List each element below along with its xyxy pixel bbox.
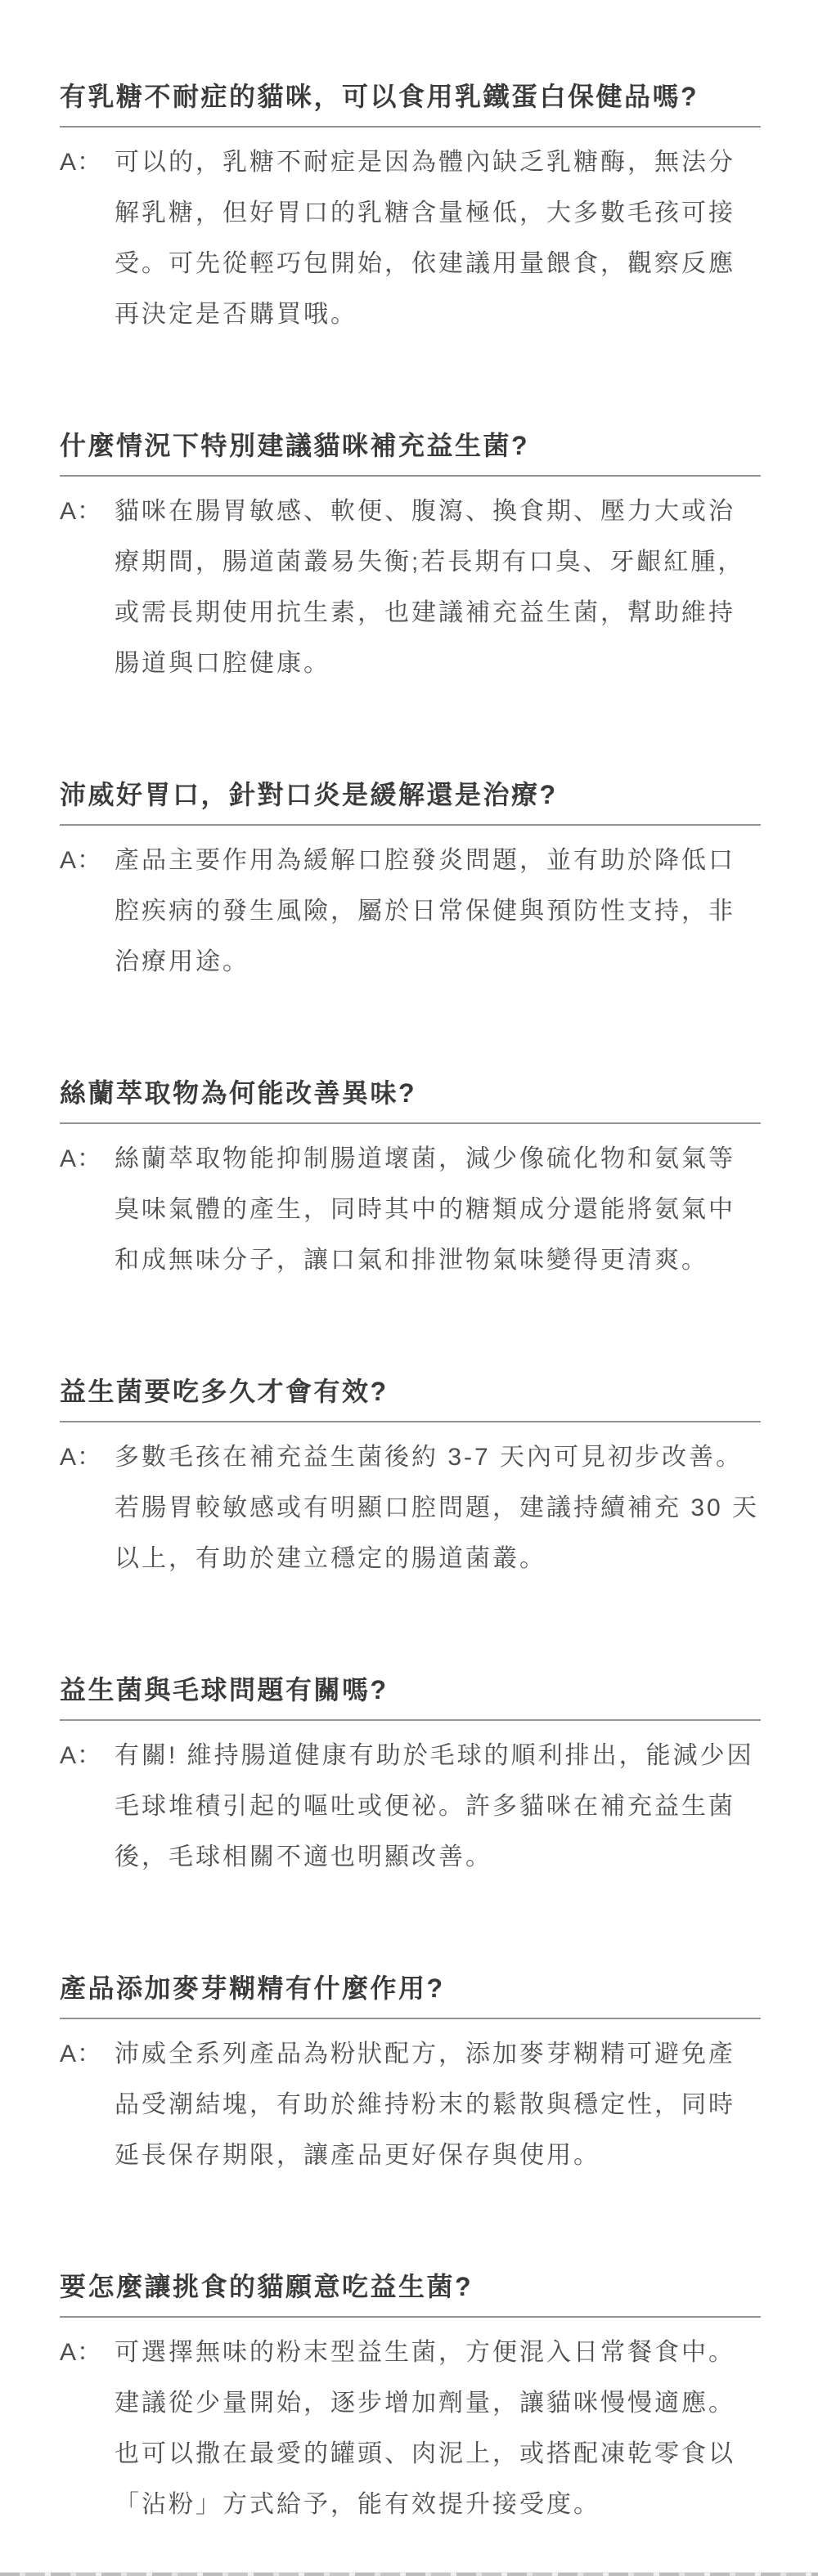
faq-answer-text: 絲蘭萃取物能抑制腸道壞菌，減少像硫化物和氨氣等臭味氣體的產生，同時其中的糖類成分… — [115, 1134, 761, 1286]
answer-prefix: A： — [60, 2327, 115, 2378]
faq-question: 絲蘭萃取物為何能改善異味? — [60, 1077, 761, 1109]
divider — [60, 1719, 761, 1721]
faq-answer: A： 產品主要作用為緩解口腔發炎問題，並有助於降低口腔疾病的發生風險，屬於日常保… — [60, 836, 761, 988]
answer-prefix: A： — [60, 1731, 115, 1781]
faq-item-maltodextrin: 產品添加麥芽糊精有什麼作用? A： 沛威全系列產品為粉狀配方，添加麥芽糊精可避免… — [60, 1973, 761, 2181]
faq-page: 有乳糖不耐症的貓咪，可以食用乳鐵蛋白保健品嗎? A： 可以的，乳糖不耐症是因為體… — [0, 0, 818, 2530]
faq-answer-text: 有關! 維持腸道健康有助於毛球的順利排出，能減少因毛球堆積引起的嘔吐或便祕。許多… — [115, 1731, 761, 1883]
divider — [60, 824, 761, 826]
answer-prefix: A： — [60, 2029, 115, 2080]
faq-item-picky-eater: 要怎麼讓挑食的貓願意吃益生菌? A： 可選擇無味的粉末型益生菌，方便混入日常餐食… — [60, 2271, 761, 2530]
divider — [60, 475, 761, 477]
divider — [60, 126, 761, 128]
divider — [60, 2316, 761, 2318]
faq-answer-text: 可以的，乳糖不耐症是因為體內缺乏乳糖酶，無法分解乳糖，但好胃口的乳糖含量極低，大… — [115, 137, 761, 340]
answer-prefix: A： — [60, 1134, 115, 1185]
divider — [60, 1122, 761, 1124]
faq-answer: A： 絲蘭萃取物能抑制腸道壞菌，減少像硫化物和氨氣等臭味氣體的產生，同時其中的糖… — [60, 1134, 761, 1286]
faq-answer: A： 貓咪在腸胃敏感、軟便、腹瀉、換食期、壓力大或治療期間，腸道菌叢易失衡;若長… — [60, 486, 761, 689]
faq-answer: A： 有關! 維持腸道健康有助於毛球的順利排出，能減少因毛球堆積引起的嘔吐或便祕… — [60, 1731, 761, 1883]
faq-item-relief-or-treatment: 沛威好胃口，針對口炎是緩解還是治療? A： 產品主要作用為緩解口腔發炎問題，並有… — [60, 779, 761, 988]
faq-question: 益生菌要吃多久才會有效? — [60, 1376, 761, 1407]
faq-answer-text: 產品主要作用為緩解口腔發炎問題，並有助於降低口腔疾病的發生風險，屬於日常保健與預… — [115, 836, 761, 988]
cropped-next-section-edge — [0, 2572, 818, 2576]
faq-question: 什麼情況下特別建議貓咪補充益生菌? — [60, 430, 761, 461]
faq-question: 益生菌與毛球問題有關嗎? — [60, 1674, 761, 1705]
divider — [60, 2018, 761, 2019]
faq-answer-text: 多數毛孩在補充益生菌後約 3-7 天內可見初步改善。若腸胃較敏感或有明顯口腔問題… — [115, 1432, 761, 1584]
faq-answer: A： 多數毛孩在補充益生菌後約 3-7 天內可見初步改善。若腸胃較敏感或有明顯口… — [60, 1432, 761, 1584]
faq-question: 要怎麼讓挑食的貓願意吃益生菌? — [60, 2271, 761, 2302]
answer-prefix: A： — [60, 836, 115, 886]
faq-item-how-long-effective: 益生菌要吃多久才會有效? A： 多數毛孩在補充益生菌後約 3-7 天內可見初步改… — [60, 1376, 761, 1584]
faq-item-yucca-extract: 絲蘭萃取物為何能改善異味? A： 絲蘭萃取物能抑制腸道壞菌，減少像硫化物和氨氣等… — [60, 1077, 761, 1286]
faq-question: 產品添加麥芽糊精有什麼作用? — [60, 1973, 761, 2004]
answer-prefix: A： — [60, 1432, 115, 1483]
answer-prefix: A： — [60, 137, 115, 188]
faq-item-when-to-supplement: 什麼情況下特別建議貓咪補充益生菌? A： 貓咪在腸胃敏感、軟便、腹瀉、換食期、壓… — [60, 430, 761, 689]
faq-answer-text: 沛威全系列產品為粉狀配方，添加麥芽糊精可避免產品受潮結塊，有助於維持粉末的鬆散與… — [115, 2029, 761, 2181]
faq-question: 沛威好胃口，針對口炎是緩解還是治療? — [60, 779, 761, 810]
faq-answer-text: 貓咪在腸胃敏感、軟便、腹瀉、換食期、壓力大或治療期間，腸道菌叢易失衡;若長期有口… — [115, 486, 761, 689]
divider — [60, 1421, 761, 1422]
faq-item-hairball: 益生菌與毛球問題有關嗎? A： 有關! 維持腸道健康有助於毛球的順利排出，能減少… — [60, 1674, 761, 1883]
answer-prefix: A： — [60, 486, 115, 537]
faq-answer: A： 可以的，乳糖不耐症是因為體內缺乏乳糖酶，無法分解乳糖，但好胃口的乳糖含量極… — [60, 137, 761, 340]
faq-answer-text: 可選擇無味的粉末型益生菌，方便混入日常餐食中。建議從少量開始，逐步增加劑量，讓貓… — [115, 2327, 761, 2530]
faq-answer: A： 沛威全系列產品為粉狀配方，添加麥芽糊精可避免產品受潮結塊，有助於維持粉末的… — [60, 2029, 761, 2181]
faq-question: 有乳糖不耐症的貓咪，可以食用乳鐵蛋白保健品嗎? — [60, 81, 761, 112]
faq-item-lactose-intolerance: 有乳糖不耐症的貓咪，可以食用乳鐵蛋白保健品嗎? A： 可以的，乳糖不耐症是因為體… — [60, 81, 761, 340]
faq-answer: A： 可選擇無味的粉末型益生菌，方便混入日常餐食中。建議從少量開始，逐步增加劑量… — [60, 2327, 761, 2530]
